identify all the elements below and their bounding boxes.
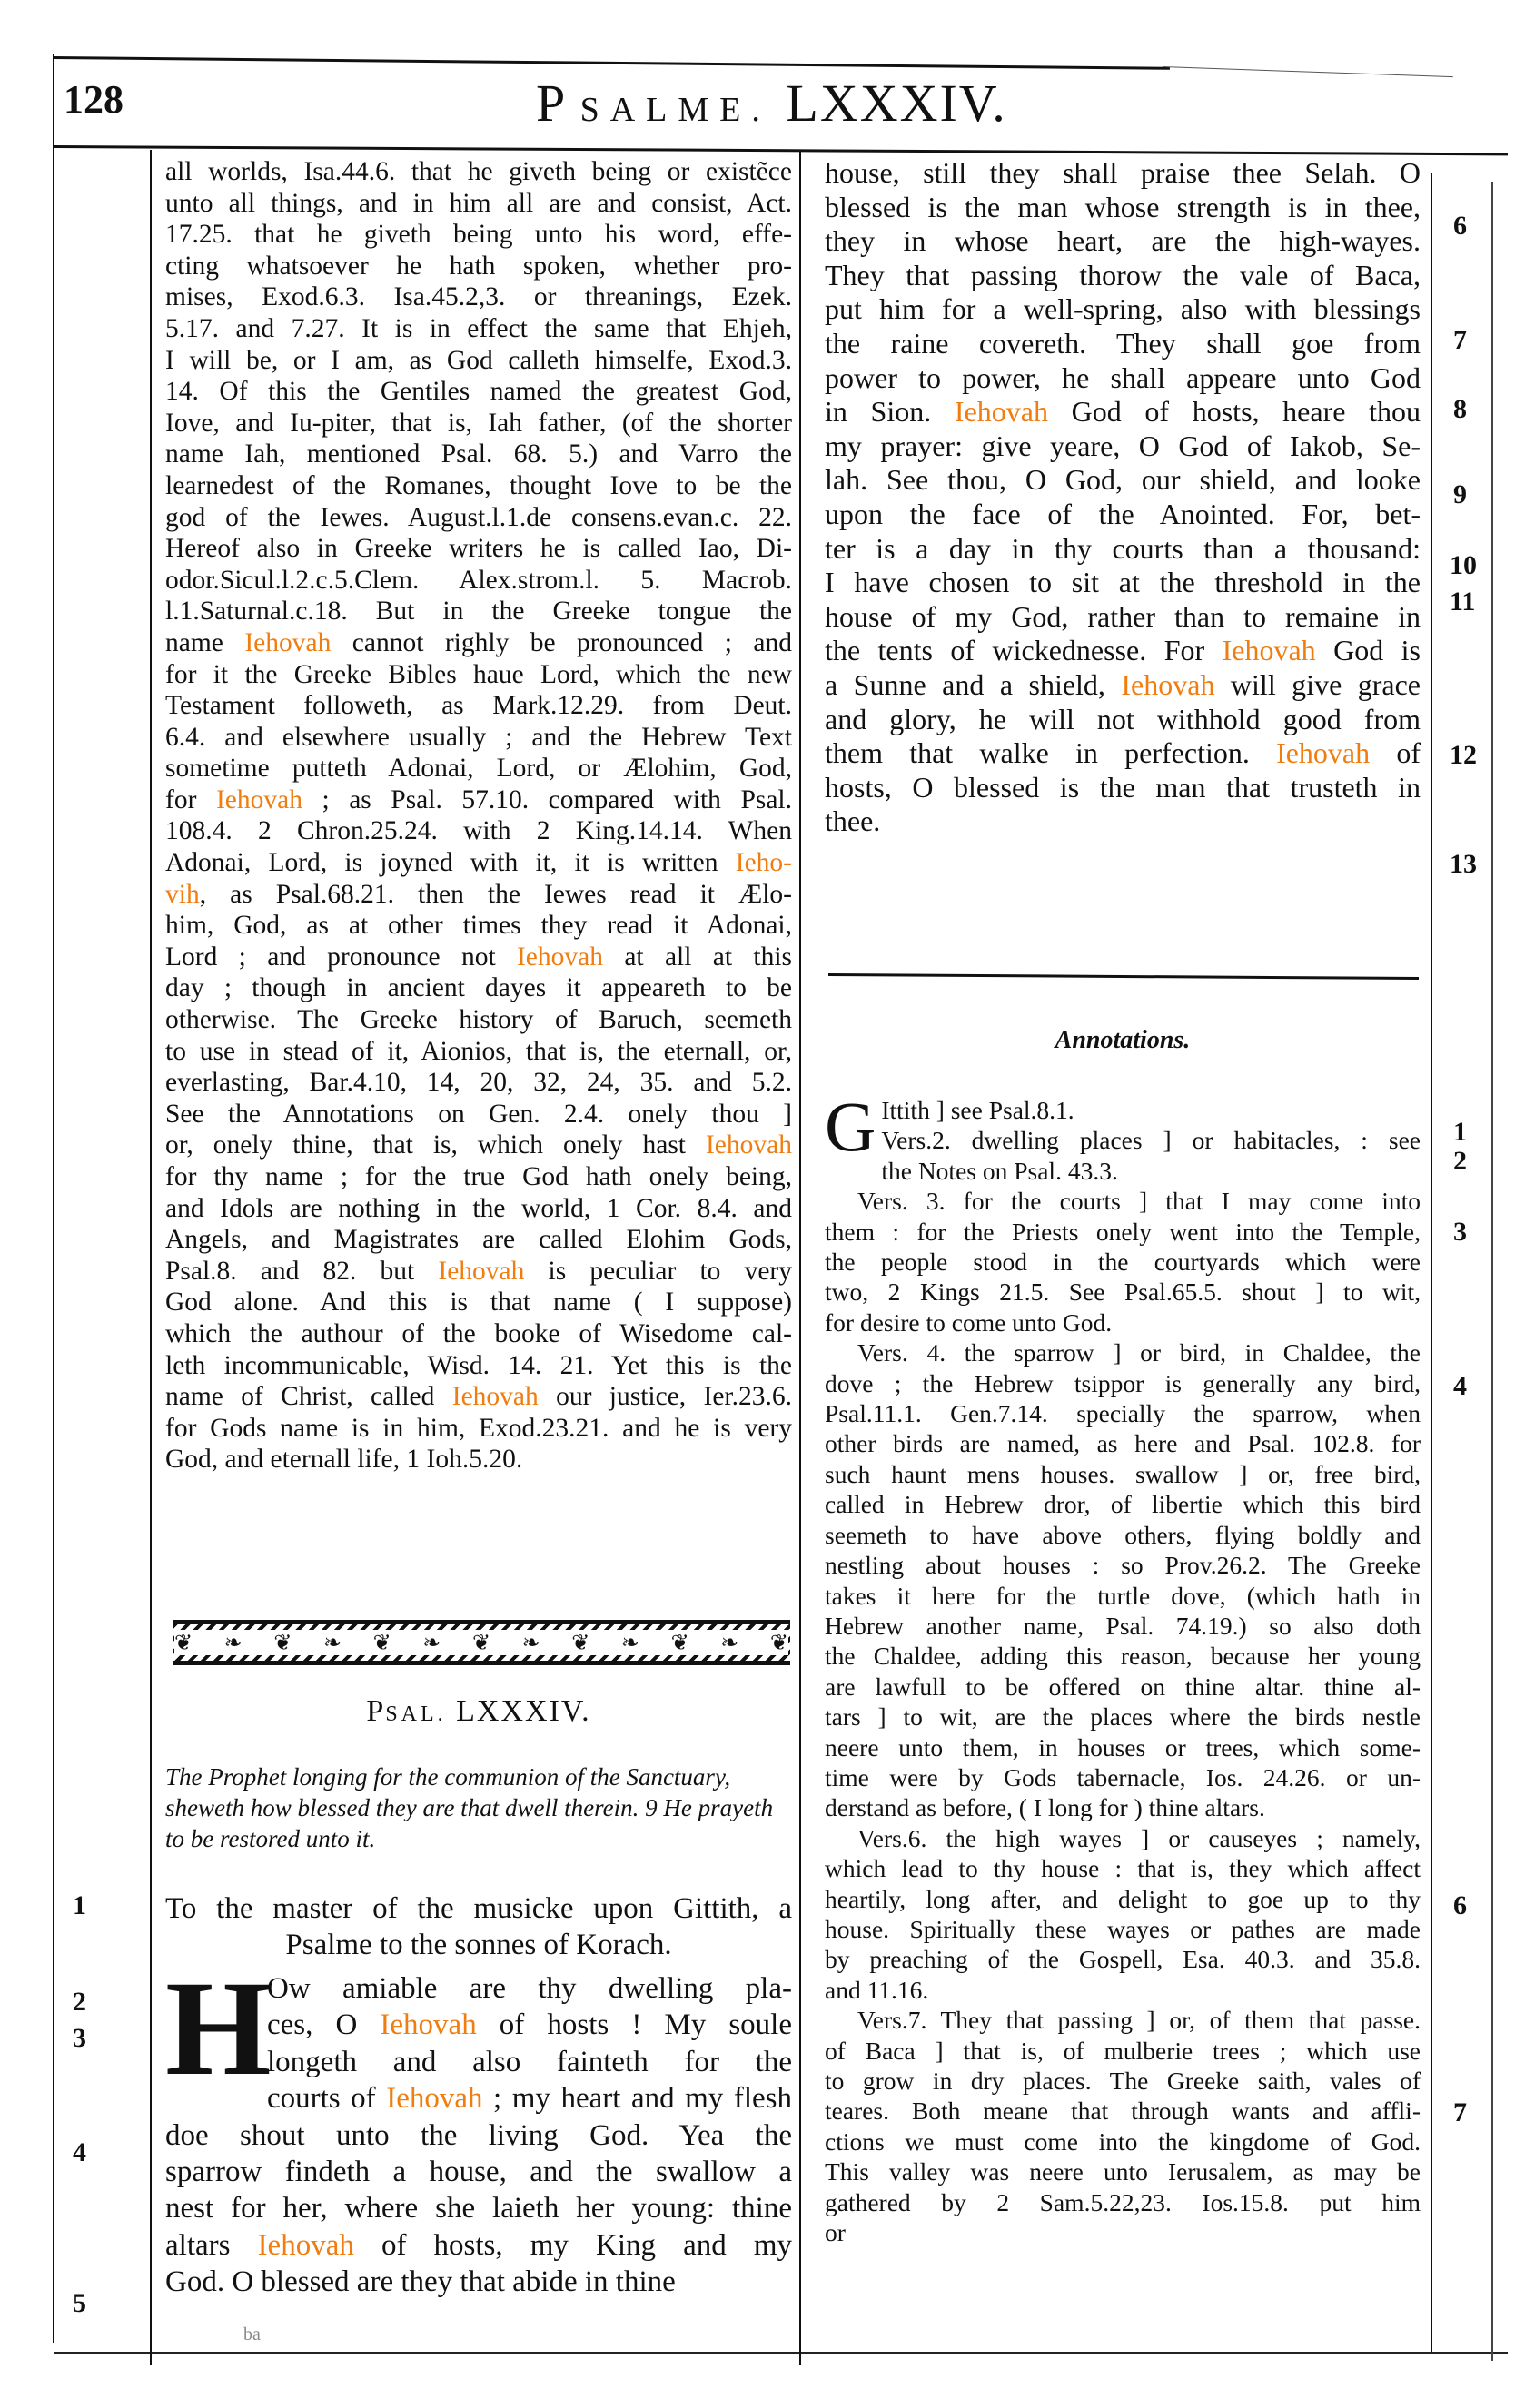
text-line: vih, as Psal.68.21. then the Iewes read … [165, 879, 792, 911]
book-page: 128 P SALME. LXXXIV. all worlds, Isa.44.… [0, 0, 1515, 2408]
text-line: I have chosen to sit at the threshold in… [825, 566, 1421, 600]
text-line: day ; though in ancient dayes it appeare… [165, 972, 792, 1004]
text-line: heartily, long after, and delight to goe… [825, 1884, 1421, 1914]
text-line: two, 2 Kings 21.5. See Psal.65.5. shout … [825, 1277, 1421, 1307]
margin-verse-number: 11 [1450, 587, 1475, 617]
superscription-line: To the master of the musicke upon Gittit… [165, 1890, 792, 1927]
text-line: him, God, as at other times they read it… [165, 910, 792, 942]
text-line: This valley was neere unto Ierusalem, as… [825, 2156, 1421, 2186]
annotation-lines: Ittith ] see Psal.8.1.Vers.2. dwelling p… [825, 1095, 1421, 2247]
text-line: in Sion. Iehovah God of hosts, heare tho… [825, 395, 1421, 429]
text-line: Testament followeth, as Mark.12.29. from… [165, 690, 792, 722]
text-line: house. Spiritually these wayes or pathes… [825, 1914, 1421, 1944]
text-line: God alone. And this is that name ( I sup… [165, 1287, 792, 1318]
text-line: and Idols are nothing in the world, 1 Co… [165, 1193, 792, 1225]
jehovah-highlight: Ieho- [736, 848, 792, 877]
jehovah-highlight: Iehovah [244, 628, 331, 657]
drop-cap: H [165, 1974, 267, 2083]
text-line: Psal.8. and 82. but Iehovah is peculiar … [165, 1256, 792, 1288]
text-line: See the Annotations on Gen. 2.4. onely t… [165, 1099, 792, 1130]
text-line: God. O blessed are they that abide in th… [165, 2264, 792, 2300]
text-line: god of the Iewes. August.l.1.de consens.… [165, 502, 792, 534]
outer-right-border [1491, 182, 1493, 2361]
text-line: name of Christ, called Iehovah our justi… [165, 1381, 792, 1413]
jehovah-highlight: Iehovah [1223, 634, 1316, 666]
jehovah-highlight: Iehovah [438, 1257, 524, 1286]
margin-verse-number: 7 [1453, 325, 1467, 356]
text-line: which lead to thy house : that is, they … [825, 1853, 1421, 1883]
text-line: Lord ; and pronounce not Iehovah at all … [165, 942, 792, 973]
text-line: Ittith ] see Psal.8.1. [825, 1095, 1421, 1125]
psalm-verses-left: H Ow amiable are thy dwelling pla-ces, O… [165, 1970, 792, 2301]
text-line: for it the Greeke Bibles haue Lord, whic… [165, 659, 792, 691]
psalm-heading: PSAL. LXXXIV. [165, 1694, 792, 1729]
text-line: the people stood in the courtyards which… [825, 1247, 1421, 1277]
text-line: Hebrew another name, Psal. 74.19.) so al… [825, 1611, 1421, 1641]
jehovah-highlight: Iehovah [1276, 736, 1370, 769]
text-line: derstand as before, ( I long for ) thine… [825, 1792, 1421, 1822]
top-border-rule-tail [1163, 66, 1453, 77]
text-line: teares. Both meane that through wants an… [825, 2096, 1421, 2126]
text-line: them : for the Priests onely went into t… [825, 1217, 1421, 1247]
annotations-title: Annotations. [825, 1026, 1421, 1055]
text-line: name Iehovah cannot righly be pronounced… [165, 627, 792, 659]
text-line: the Notes on Psal. 43.3. [825, 1156, 1421, 1186]
text-line: Psal.11.1. Gen.7.14. specially the sparr… [825, 1398, 1421, 1428]
text-line: my prayer: give yeare, O God of Iakob, S… [825, 429, 1421, 464]
text-line: for desire to come unto God. [825, 1308, 1421, 1337]
jehovah-highlight: Iehovah [380, 2008, 476, 2041]
right-margin-divider [1431, 173, 1432, 2352]
margin-verse-number: 6 [1453, 211, 1467, 242]
text-line: altars Iehovah of hosts, my King and my [165, 2227, 792, 2264]
text-line: power to power, he shall appeare unto Go… [825, 361, 1421, 396]
bottom-border-rule [54, 2352, 1508, 2354]
text-line: I will be, or I am, as God calleth himse… [165, 345, 792, 377]
text-line: them that walke in perfection. Iehovah o… [825, 736, 1421, 771]
margin-verse-number: 12 [1450, 740, 1477, 771]
text-line: mises, Exod.6.3. Isa.45.2,3. or threanin… [165, 281, 792, 313]
text-line: 6.4. and elsewhere usually ; and the Heb… [165, 722, 792, 754]
annotation-margin-number: 6 [1453, 1890, 1467, 1921]
text-line: for Gods name is in him, Exod.23.21. and… [165, 1413, 792, 1445]
text-line: and glory, he will not withhold good fro… [825, 703, 1421, 737]
text-line: all worlds, Isa.44.6. that he giveth bei… [165, 156, 792, 188]
text-line: 17.25. that he giveth being unto his wor… [165, 219, 792, 251]
text-line: They that passing thorow the vale of Bac… [825, 259, 1421, 293]
text-line: which the authour of the booke of Wisedo… [165, 1318, 792, 1350]
text-line: name Iah, mentioned Psal. 68. 5.) and Va… [165, 439, 792, 470]
text-line: sparrow findeth a house, and the swallow… [165, 2154, 792, 2190]
text-line: sometime putteth Adonai, Lord, or Ælohim… [165, 753, 792, 785]
ornamental-band: ❦❧❦❧❦❧❦❧❦❧❦❧❦ [173, 1620, 790, 1665]
text-line: other birds are named, as here and Psal.… [825, 1428, 1421, 1458]
text-line: 5.17. and 7.27. It is in effect the same… [165, 313, 792, 345]
text-line: tars ] to wit, are the places where the … [825, 1702, 1421, 1732]
text-line: for thy name ; for the true God hath one… [165, 1161, 792, 1193]
margin-verse-number: 1 [73, 1890, 86, 1921]
text-line: doe shout unto the living God. Yea the [165, 2117, 792, 2154]
annotation-margin-number: 3 [1453, 1217, 1467, 1248]
text-line: 108.4. 2 Chron.25.24. with 2 King.14.14.… [165, 815, 792, 847]
text-line: and 11.16. [825, 1975, 1421, 2005]
annotation-margin-number: 7 [1453, 2097, 1467, 2128]
text-line: a Sunne and a shield, Iehovah will give … [825, 668, 1421, 703]
top-border-rule [53, 56, 1170, 70]
text-line: Hereof also in Greeke writers he is call… [165, 533, 792, 565]
margin-verse-number: 5 [73, 2288, 86, 2319]
psalm-superscription: To the master of the musicke upon Gittit… [165, 1890, 792, 1963]
text-line: Vers. 3. for the courts ] that I may com… [825, 1186, 1421, 1216]
text-line: 14. Of this the Gentiles named the great… [165, 376, 792, 408]
running-head-smallcaps: SALME. [580, 91, 771, 129]
margin-verse-number: 4 [73, 2137, 86, 2168]
psalm-argument: The Prophet longing for the communion of… [165, 1762, 792, 1854]
text-line: by preaching of the Gospell, Esa. 40.3. … [825, 1944, 1421, 1974]
text-line: lah. See thou, O God, our shield, and lo… [825, 463, 1421, 498]
jehovah-highlight: Iehovah [955, 395, 1048, 428]
psalm-heading-numeral: LXXXIV. [456, 1694, 590, 1728]
text-line: blessed is the man whose strength is in … [825, 191, 1421, 225]
text-line: Angels, and Magistrates are called Elohi… [165, 1224, 792, 1256]
annotations-body: G Ittith ] see Psal.8.1.Vers.2. dwelling… [825, 1095, 1421, 2247]
text-line: or, onely thine, that is, which onely ha… [165, 1130, 792, 1161]
text-line: to grow in dry places. The Greeke saith,… [825, 2066, 1421, 2096]
text-line: Vers.7. They that passing ] or, of them … [825, 2005, 1421, 2035]
text-line: seemeth to have above others, flying bol… [825, 1520, 1421, 1550]
jehovah-highlight: vih [165, 880, 200, 909]
margin-verse-number: 10 [1450, 550, 1477, 581]
jehovah-highlight: Iehovah [517, 942, 603, 972]
left-commentary: all worlds, Isa.44.6. that he giveth bei… [165, 156, 792, 1475]
annotations-rule [828, 973, 1419, 980]
left-margin-divider [150, 150, 152, 2365]
jehovah-highlight: Iehovah [216, 785, 302, 814]
text-line: Adonai, Lord, is joyned with it, it is w… [165, 847, 792, 879]
text-line: for Iehovah ; as Psal. 57.10. compared w… [165, 785, 792, 816]
jehovah-highlight: Iehovah [386, 2082, 482, 2115]
catchword-fragment: ba [243, 2324, 261, 2345]
text-line: nest for her, where she laieth her young… [165, 2190, 792, 2226]
text-line: takes it here for the turtle dove, (whic… [825, 1581, 1421, 1611]
text-line: thee. [825, 804, 1421, 839]
margin-verse-number: 9 [1453, 479, 1467, 510]
margin-verse-number: 8 [1453, 394, 1467, 425]
text-line: such haunt mens houses. swallow ] or, fr… [825, 1459, 1421, 1489]
text-line: Vers. 4. the sparrow ] or bird, in Chald… [825, 1337, 1421, 1367]
text-line: or [825, 2217, 1421, 2247]
running-head-numeral: LXXXIV. [786, 74, 1006, 133]
text-line: nestling about houses : so Prov.26.2. Th… [825, 1550, 1421, 1580]
text-line: l.1.Saturnal.c.18. But in the Greeke ton… [165, 596, 792, 627]
text-line: put him for a well-spring, also with ble… [825, 292, 1421, 327]
text-line: house of my God, rather than to remaine … [825, 600, 1421, 635]
jehovah-highlight: Iehovah [452, 1382, 539, 1411]
text-line: are lawfull to be offered on thine altar… [825, 1672, 1421, 1702]
text-line: the raine covereth. They shall goe from [825, 327, 1421, 361]
text-line: gathered by 2 Sam.5.22,23. Ios.15.8. put… [825, 2187, 1421, 2217]
text-line: Vers.6. the high wayes ] or causeyes ; n… [825, 1823, 1421, 1853]
margin-verse-number: 13 [1450, 849, 1477, 880]
page-number: 128 [64, 76, 124, 123]
column-divider [799, 150, 801, 2365]
psalm-heading-initial: P [366, 1694, 385, 1728]
annotation-margin-number: 1 [1453, 1117, 1467, 1148]
text-line: Iove, and Iu-piter, that is, Iah father,… [165, 408, 792, 439]
text-line: God, and eternall life, 1 Ioh.5.20. [165, 1444, 792, 1475]
left-border-rule [53, 54, 54, 2343]
jehovah-highlight: Iehovah [706, 1130, 792, 1160]
text-line: learnedest of the Romanes, thought Iove … [165, 470, 792, 502]
text-line: everlasting, Bar.4.10, 14, 20, 32, 24, 3… [165, 1067, 792, 1099]
jehovah-highlight: Iehovah [258, 2229, 354, 2262]
text-line: cting whatsoever he hath spoken, whether… [165, 251, 792, 282]
annotations-drop-cap: G [825, 1099, 876, 1157]
jehovah-highlight: Iehovah [1121, 668, 1214, 701]
text-line: ter is a day in thy courts than a thousa… [825, 532, 1421, 567]
text-line: neere unto them, in houses or trees, whi… [825, 1732, 1421, 1762]
text-line: they in whose heart, are the high-wayes. [825, 224, 1421, 259]
psalm-heading-smallcaps: SAL. [385, 1702, 446, 1726]
text-line: of Baca ] that is, of mulberie trees ; w… [825, 2036, 1421, 2066]
text-line: unto all things, and in him all are and … [165, 188, 792, 220]
running-head: P SALME. LXXXIV. [536, 73, 1007, 133]
running-head-initial: P [536, 74, 565, 133]
header-rule [54, 145, 1508, 155]
text-line: dove ; the Hebrew tsippor is generally a… [825, 1368, 1421, 1398]
text-line: upon the face of the Anointed. For, bet- [825, 498, 1421, 532]
text-line: odor.Sicul.l.2.c.5.Clem. Alex.strom.l. 5… [165, 565, 792, 597]
text-line: ctions we must come into the kingdome of… [825, 2127, 1421, 2156]
annotation-margin-number: 2 [1453, 1146, 1467, 1177]
text-line: to use in stead of it, Aionios, that is,… [165, 1036, 792, 1068]
margin-verse-number: 2 [73, 1987, 86, 2018]
text-line: called in Hebrew dror, of libertie which… [825, 1489, 1421, 1519]
ornament-pattern: ❦❧❦❧❦❧❦❧❦❧❦❧❦ [174, 1630, 788, 1655]
text-line: Vers.2. dwelling places ] or habitacles,… [825, 1125, 1421, 1155]
text-line: the Chaldee, adding this reason, because… [825, 1641, 1421, 1671]
text-line: time were by Gods tabernacle, Ios. 24.26… [825, 1762, 1421, 1792]
text-line: house, still they shall praise thee Sela… [825, 156, 1421, 191]
text-line: the tents of wickednesse. For Iehovah Go… [825, 634, 1421, 668]
margin-verse-number: 3 [73, 2023, 86, 2054]
annotation-margin-number: 4 [1453, 1371, 1467, 1402]
text-line: leth incommunicable, Wisd. 14. 21. Yet t… [165, 1350, 792, 1382]
text-line: otherwise. The Greeke history of Baruch,… [165, 1004, 792, 1036]
psalm-verses-right: house, still they shall praise thee Sela… [825, 156, 1421, 839]
text-line: hosts, O blessed is the man that trustet… [825, 771, 1421, 805]
